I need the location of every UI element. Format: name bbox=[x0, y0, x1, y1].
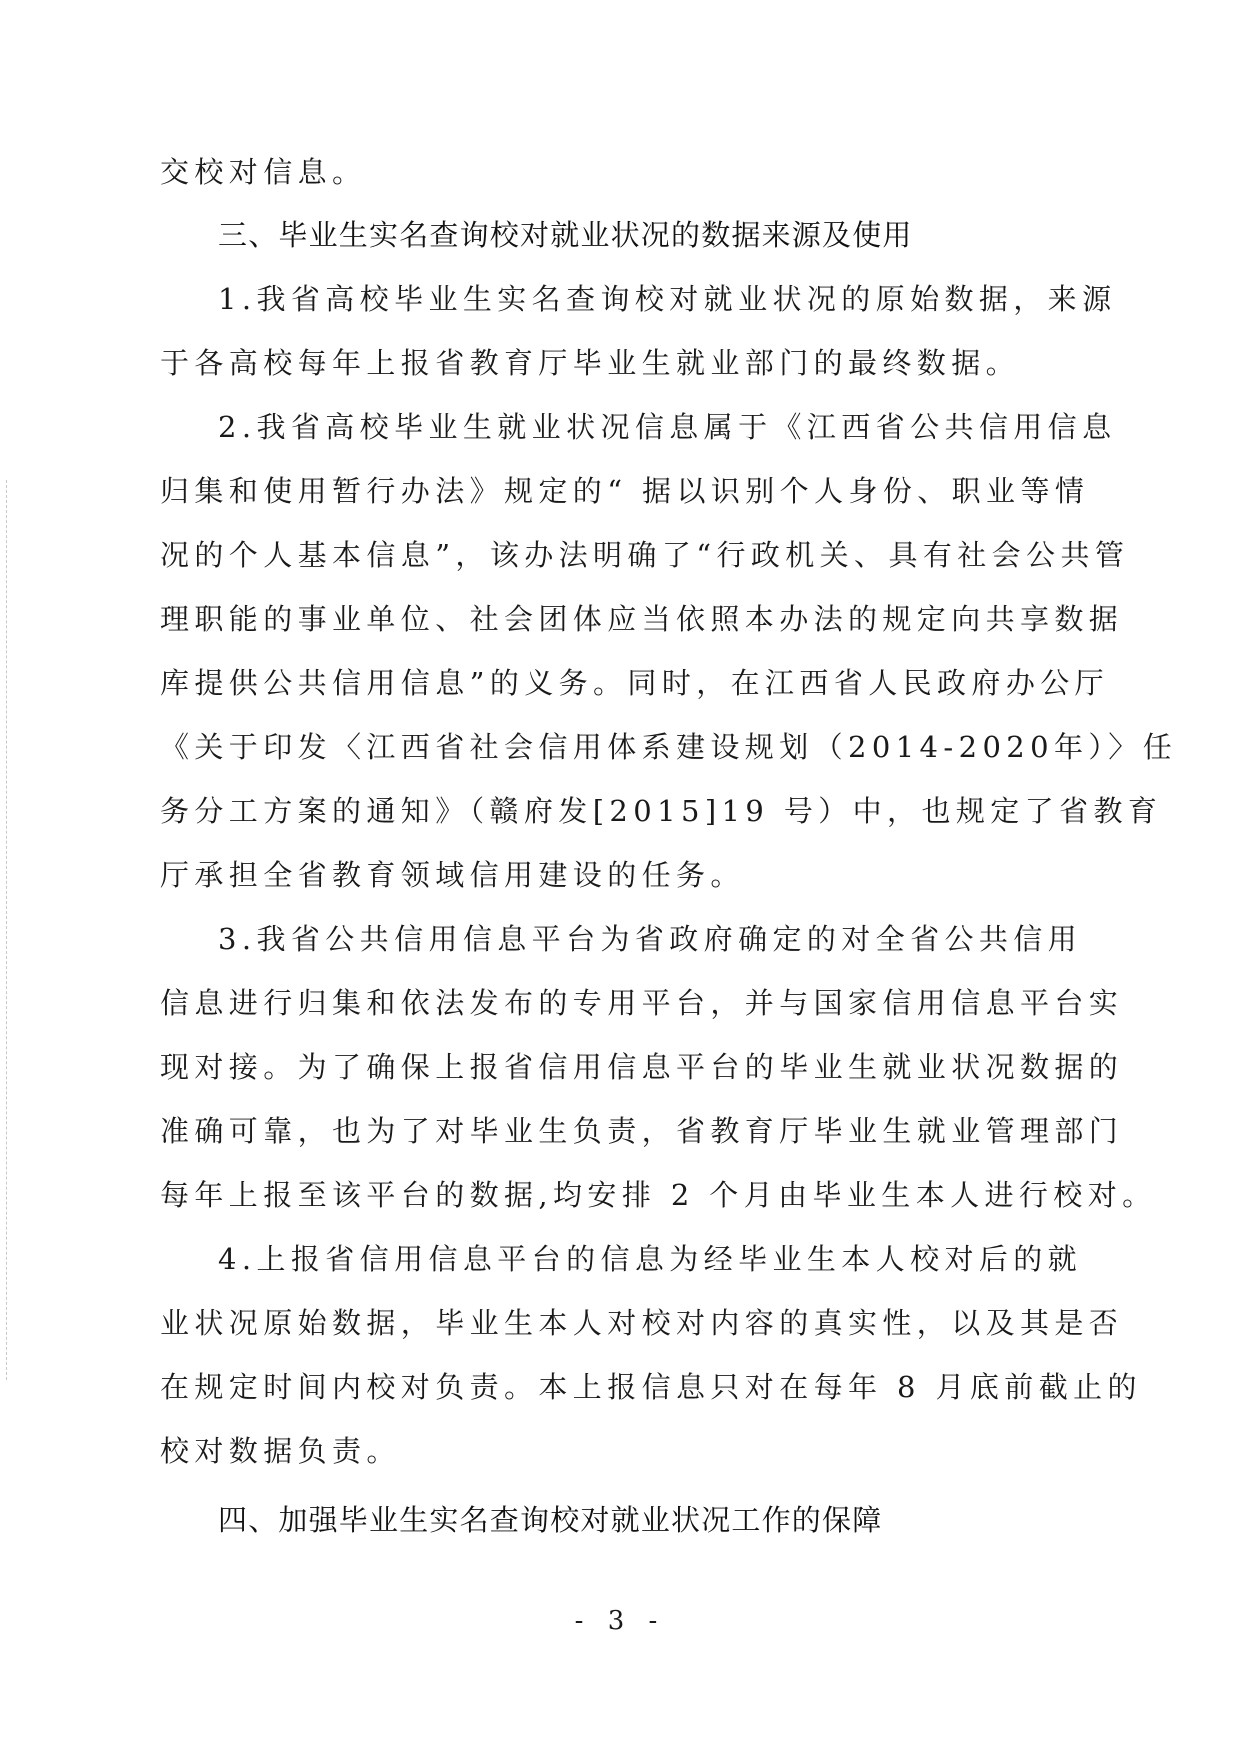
body-line: 理职能的事业单位、社会团体应当依照本办法的规定向共享数据 bbox=[160, 599, 1090, 639]
body-line: 校对数据负责。 bbox=[160, 1431, 1090, 1471]
body-line: 厅承担全省教育领域信用建设的任务。 bbox=[160, 855, 1090, 895]
paragraph-1-start: 1.我省高校毕业生实名查询校对就业状况的原始数据，来源 bbox=[218, 279, 1148, 319]
section-heading-3: 三、毕业生实名查询校对就业状况的数据来源及使用 bbox=[218, 215, 913, 255]
section-heading-4: 四、加强毕业生实名查询校对就业状况工作的保障 bbox=[218, 1500, 882, 1540]
body-line: 库提供公共信用信息”的义务。同时，在江西省人民政府办公厅 bbox=[160, 663, 1090, 703]
body-line: 于各高校每年上报省教育厅毕业生就业部门的最终数据。 bbox=[160, 343, 1090, 383]
body-line: 现对接。为了确保上报省信用信息平台的毕业生就业状况数据的 bbox=[160, 1047, 1090, 1087]
body-line: 每年上报至该平台的数据,均安排 2 个月由毕业生本人进行校对。 bbox=[160, 1175, 1090, 1215]
body-line: 业状况原始数据，毕业生本人对校对内容的真实性，以及其是否 bbox=[160, 1303, 1090, 1343]
body-line: 在规定时间内校对负责。本上报信息只对在每年 8 月底前截止的 bbox=[160, 1367, 1090, 1407]
body-line: 准确可靠，也为了对毕业生负责，省教育厅毕业生就业管理部门 bbox=[160, 1111, 1090, 1151]
paragraph-3-start: 3.我省公共信用信息平台为省政府确定的对全省公共信用 bbox=[218, 919, 1148, 959]
body-line: 《关于印发〈江西省社会信用体系建设规划（2014-2020年）〉任 bbox=[160, 727, 1090, 767]
body-line: 归集和使用暂行办法》规定的“ 据以识别个人身份、职业等情 bbox=[160, 471, 1090, 511]
scan-edge-artifact bbox=[6, 480, 7, 1380]
page-number: - 3 - bbox=[0, 1606, 1240, 1636]
body-line: 交校对信息。 bbox=[160, 152, 1090, 192]
paragraph-4-start: 4.上报省信用信息平台的信息为经毕业生本人校对后的就 bbox=[218, 1239, 1148, 1279]
body-line: 务分工方案的通知》（赣府发[2015]19 号）中，也规定了省教育 bbox=[160, 791, 1090, 831]
body-line: 况的个人基本信息”，该办法明确了“行政机关、具有社会公共管 bbox=[160, 535, 1090, 575]
body-line: 信息进行归集和依法发布的专用平台，并与国家信用信息平台实 bbox=[160, 983, 1090, 1023]
paragraph-2-start: 2.我省高校毕业生就业状况信息属于《江西省公共信用信息 bbox=[218, 407, 1148, 447]
